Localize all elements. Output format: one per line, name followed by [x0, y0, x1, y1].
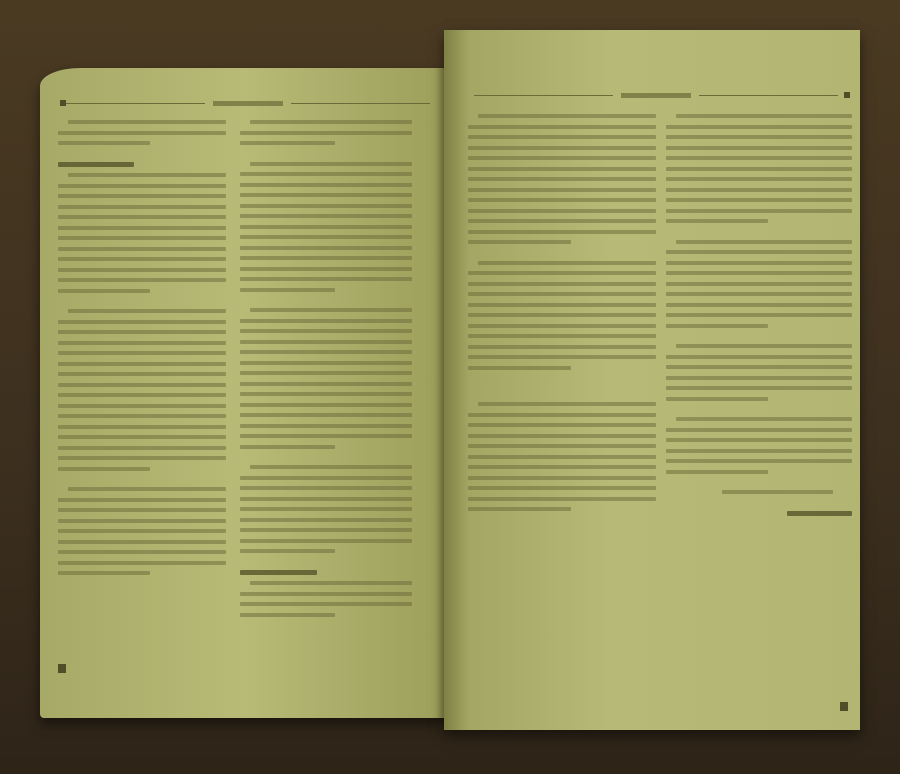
text-line — [240, 350, 412, 354]
text-line — [250, 581, 412, 585]
text-line — [468, 476, 656, 480]
text-line — [58, 278, 226, 282]
text-line — [58, 425, 226, 429]
section-heading — [58, 162, 134, 167]
paragraph — [468, 402, 656, 511]
paragraph — [58, 487, 226, 575]
gap — [666, 501, 852, 511]
text-line — [58, 205, 226, 209]
text-line — [58, 362, 226, 366]
paragraph-gap — [58, 299, 226, 309]
text-line — [468, 282, 656, 286]
text-line — [240, 256, 412, 260]
paragraph-gap — [666, 480, 852, 490]
text-line — [666, 146, 852, 150]
text-line — [240, 225, 412, 229]
text-line — [58, 247, 226, 251]
left-page-column-1 — [58, 120, 226, 592]
text-line — [468, 167, 656, 171]
text-line — [468, 455, 656, 459]
paragraph — [666, 240, 852, 328]
text-line — [666, 313, 852, 317]
signature-place-date — [722, 490, 834, 494]
paragraph-gap — [240, 152, 412, 162]
text-line — [666, 376, 852, 380]
text-line — [666, 324, 768, 328]
text-line — [666, 386, 852, 390]
text-line — [240, 476, 412, 480]
right-page — [444, 30, 860, 730]
text-line — [240, 246, 412, 250]
text-line — [468, 444, 656, 448]
text-line — [58, 540, 226, 544]
text-line — [468, 198, 656, 202]
text-line — [240, 340, 412, 344]
text-line — [240, 539, 412, 543]
text-line — [58, 131, 226, 135]
open-book — [32, 8, 876, 738]
text-line — [468, 230, 656, 234]
running-head-title — [213, 101, 283, 106]
text-line — [468, 303, 656, 307]
text-line — [666, 177, 852, 181]
text-line — [468, 465, 656, 469]
text-line — [250, 465, 412, 469]
paragraph — [666, 114, 852, 223]
text-line — [666, 250, 852, 254]
text-line — [666, 428, 852, 432]
text-line — [468, 188, 656, 192]
text-line — [58, 215, 226, 219]
paragraph-gap — [58, 582, 226, 592]
text-line — [250, 162, 412, 166]
text-line — [468, 486, 656, 490]
text-line — [478, 261, 656, 265]
text-line — [468, 324, 656, 328]
text-line — [666, 438, 852, 442]
text-line — [666, 470, 768, 474]
text-line — [240, 371, 412, 375]
text-line — [468, 313, 656, 317]
text-line — [666, 188, 852, 192]
text-line — [676, 114, 852, 118]
paragraph — [468, 261, 656, 370]
text-line — [68, 309, 226, 313]
text-line — [468, 507, 571, 511]
text-line — [58, 435, 226, 439]
signature-name — [787, 511, 852, 516]
text-line — [468, 177, 656, 181]
text-line — [468, 334, 656, 338]
text-line — [666, 198, 852, 202]
text-line — [468, 146, 656, 150]
left-page-number — [58, 664, 66, 673]
left-running-head — [60, 96, 430, 110]
text-line — [240, 392, 412, 396]
text-line — [58, 498, 226, 502]
text-line — [58, 236, 226, 240]
text-line — [666, 135, 852, 139]
paragraph — [240, 465, 412, 553]
text-line — [666, 167, 852, 171]
text-line — [468, 413, 656, 417]
text-line — [68, 120, 226, 124]
text-line — [68, 487, 226, 491]
text-line — [468, 423, 656, 427]
text-line — [58, 320, 226, 324]
paragraph-gap — [58, 477, 226, 487]
text-line — [58, 351, 226, 355]
paragraph — [468, 114, 656, 244]
text-line — [666, 303, 852, 307]
text-line — [58, 383, 226, 387]
paragraph-gap — [666, 230, 852, 240]
text-line — [468, 125, 656, 129]
text-line — [468, 497, 656, 501]
text-line — [240, 141, 335, 145]
text-line — [240, 267, 412, 271]
paragraph-gap — [240, 455, 412, 465]
right-page-column-1 — [468, 114, 656, 528]
text-line — [250, 120, 412, 124]
text-line — [58, 257, 226, 261]
text-line — [58, 226, 226, 230]
text-line — [468, 271, 656, 275]
text-line — [240, 518, 412, 522]
paragraph-gap — [666, 334, 852, 344]
text-line — [240, 193, 412, 197]
paragraph-gap — [58, 152, 226, 162]
running-head-title — [621, 93, 691, 98]
paragraph — [240, 120, 412, 145]
text-line — [58, 456, 226, 460]
text-line — [666, 125, 852, 129]
text-line — [468, 156, 656, 160]
paragraph — [666, 417, 852, 474]
text-line — [468, 355, 656, 359]
text-line — [240, 382, 412, 386]
text-line — [58, 194, 226, 198]
text-line — [468, 209, 656, 213]
text-line — [240, 319, 412, 323]
text-line — [240, 592, 412, 596]
text-line — [666, 292, 852, 296]
text-line — [468, 434, 656, 438]
paragraph-gap — [666, 407, 852, 417]
text-line — [468, 219, 656, 223]
folio-mark — [844, 92, 850, 98]
text-line — [240, 528, 412, 532]
text-line — [478, 402, 656, 406]
text-line — [666, 219, 768, 223]
text-line — [240, 288, 335, 292]
text-line — [240, 277, 412, 281]
paragraph — [666, 344, 852, 401]
text-line — [240, 204, 412, 208]
paragraph-gap — [468, 376, 656, 386]
text-line — [58, 404, 226, 408]
text-line — [240, 549, 335, 553]
text-line — [468, 135, 656, 139]
text-line — [240, 361, 412, 365]
text-line — [666, 355, 852, 359]
right-running-head — [474, 88, 850, 102]
left-page — [40, 68, 448, 718]
paragraph — [58, 173, 226, 293]
text-line — [676, 344, 852, 348]
text-line — [240, 131, 412, 135]
text-line — [478, 114, 656, 118]
right-page-column-2 — [666, 114, 852, 522]
right-page-number — [840, 702, 848, 711]
text-line — [468, 366, 571, 370]
text-line — [240, 507, 412, 511]
text-line — [468, 240, 571, 244]
text-line — [666, 271, 852, 275]
paragraph-gap — [240, 623, 412, 633]
paragraph-gap — [468, 251, 656, 261]
text-line — [58, 467, 150, 471]
text-line — [250, 308, 412, 312]
text-line — [240, 413, 412, 417]
text-line — [468, 292, 656, 296]
text-line — [58, 330, 226, 334]
text-line — [666, 449, 852, 453]
text-line — [240, 403, 412, 407]
text-line — [468, 345, 656, 349]
paragraph-gap — [240, 560, 412, 570]
text-line — [240, 329, 412, 333]
text-line — [58, 561, 226, 565]
text-line — [58, 414, 226, 418]
text-line — [240, 602, 412, 606]
text-line — [240, 183, 412, 187]
text-line — [58, 141, 150, 145]
text-line — [240, 172, 412, 176]
left-page-column-2 — [240, 120, 412, 633]
text-line — [240, 445, 335, 449]
text-line — [58, 550, 226, 554]
text-line — [240, 214, 412, 218]
text-line — [240, 486, 412, 490]
text-line — [240, 434, 412, 438]
text-line — [666, 365, 852, 369]
text-line — [666, 261, 852, 265]
paragraph — [240, 162, 412, 292]
text-line — [58, 393, 226, 397]
paragraph-gap — [240, 298, 412, 308]
text-line — [58, 519, 226, 523]
paragraph — [58, 309, 226, 471]
paragraph — [240, 308, 412, 449]
text-line — [666, 459, 852, 463]
text-line — [676, 417, 852, 421]
text-line — [666, 209, 852, 213]
text-line — [58, 571, 150, 575]
paragraph — [58, 120, 226, 145]
section-heading — [240, 570, 317, 575]
text-line — [666, 156, 852, 160]
text-line — [240, 235, 412, 239]
text-line — [666, 397, 768, 401]
text-line — [676, 240, 852, 244]
paragraph — [240, 581, 412, 617]
text-line — [58, 268, 226, 272]
text-line — [58, 289, 150, 293]
text-line — [58, 446, 226, 450]
text-line — [58, 529, 226, 533]
text-line — [240, 424, 412, 428]
text-line — [240, 613, 335, 617]
text-line — [58, 341, 226, 345]
text-line — [58, 508, 226, 512]
text-line — [58, 372, 226, 376]
text-line — [240, 497, 412, 501]
paragraph-gap — [468, 518, 656, 528]
text-line — [58, 184, 226, 188]
text-line — [666, 282, 852, 286]
text-line — [68, 173, 226, 177]
